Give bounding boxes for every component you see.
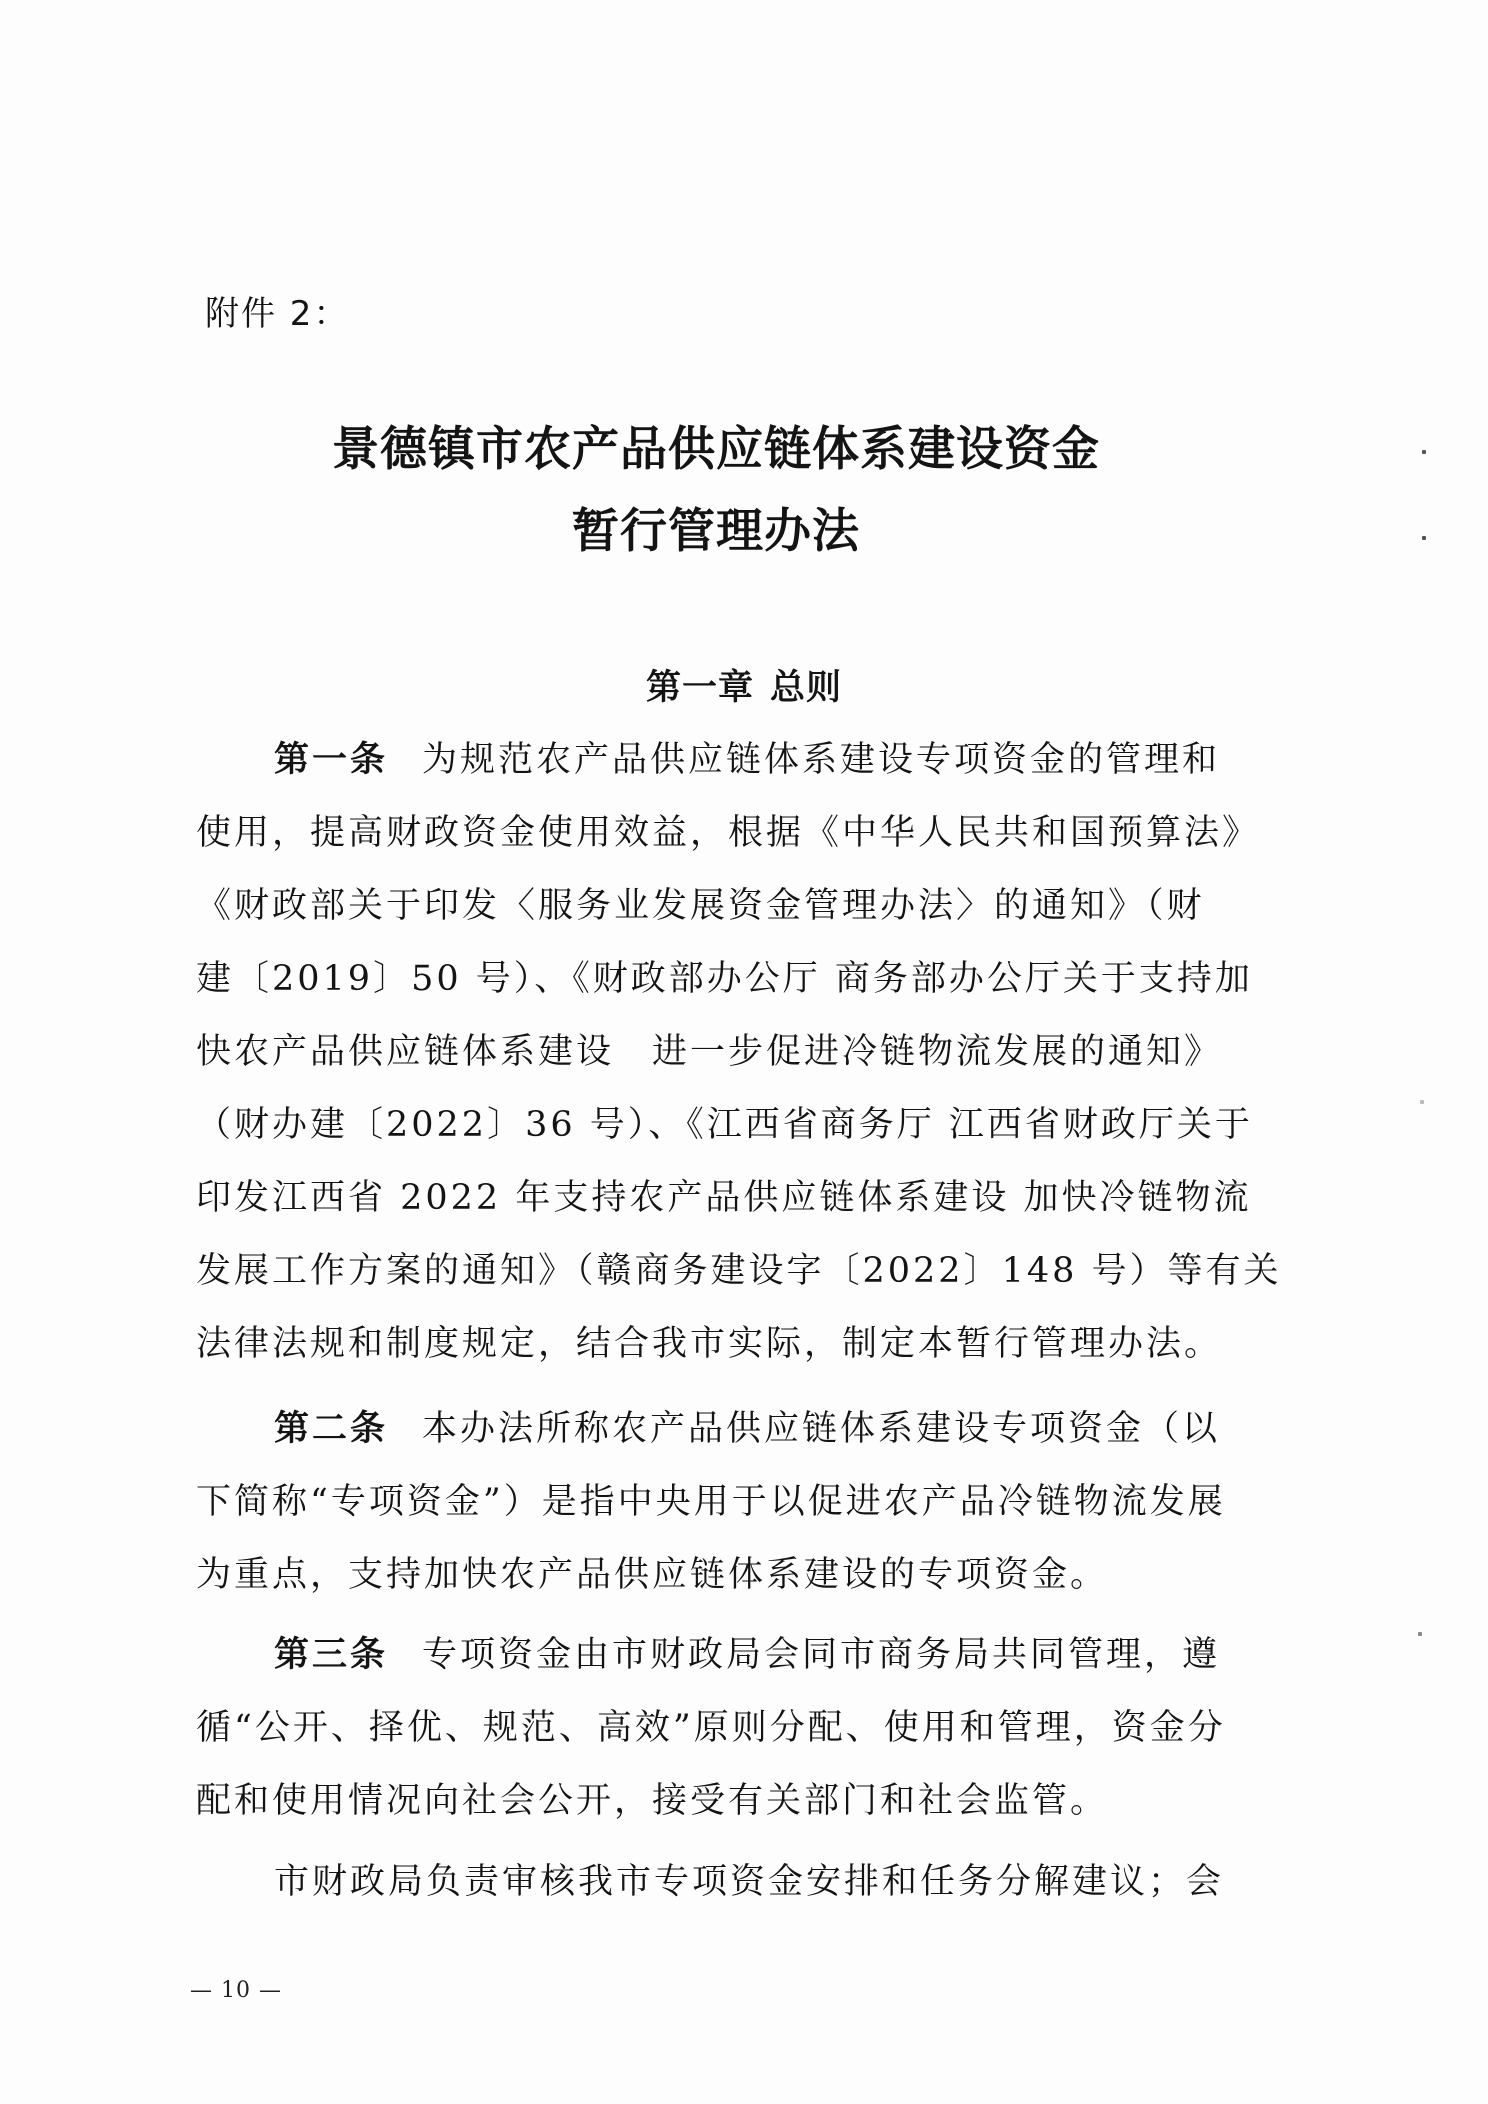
article-1: 第一条为规范农产品供应链体系建设专项资金的管理和 使用，提高财政资金使用效益，根… — [196, 724, 1296, 1381]
article-3: 第三条专项资金由市财政局会同市商务局共同管理，遵 循“公开、择优、规范、高效”原… — [196, 1619, 1296, 1838]
article-line: 下简称“专项资金”）是指中央用于以促进农产品冷链物流发展 — [196, 1466, 1296, 1539]
chapter-heading: 第一章总则 — [0, 660, 1488, 710]
chapter-name: 总则 — [770, 668, 842, 708]
article-line: 法律法规和制度规定，结合我市实际，制定本暂行管理办法。 — [196, 1308, 1296, 1381]
scan-speck — [1422, 536, 1426, 540]
article-line: 第三条专项资金由市财政局会同市商务局共同管理，遵 — [196, 1619, 1296, 1692]
document-page: 附件 2： 景德镇市农产品供应链体系建设资金 暂行管理办法 第一章总则 第一条为… — [0, 0, 1488, 2104]
continued-paragraph: 市财政局负责审核我市专项资金安排和任务分解建议；会 — [196, 1846, 1296, 1919]
article-heading: 第二条 — [274, 1409, 388, 1449]
article-2: 第二条本办法所称农产品供应链体系建设专项资金（以 下简称“专项资金”）是指中央用… — [196, 1393, 1296, 1612]
article-line: 循“公开、择优、规范、高效”原则分配、使用和管理，资金分 — [196, 1692, 1296, 1765]
paragraph-line: 市财政局负责审核我市专项资金安排和任务分解建议；会 — [196, 1846, 1296, 1919]
chapter-number: 第一章 — [646, 668, 754, 708]
article-line: 《财政部关于印发〈服务业发展资金管理办法〉的通知》（财 — [196, 870, 1296, 943]
article-line: 为重点，支持加快农产品供应链体系建设的专项资金。 — [196, 1539, 1296, 1612]
article-line: 建〔2019〕50 号）、《财政部办公厅 商务部办公厅关于支持加 — [196, 943, 1296, 1016]
article-line: 使用，提高财政资金使用效益，根据《中华人民共和国预算法》 — [196, 797, 1296, 870]
scan-speck — [1420, 1100, 1424, 1104]
article-heading: 第一条 — [274, 740, 388, 780]
document-title-line-2: 暂行管理办法 — [0, 502, 1460, 562]
article-line: 第二条本办法所称农产品供应链体系建设专项资金（以 — [196, 1393, 1296, 1466]
scan-speck — [1418, 1632, 1422, 1636]
page-number: — 10 — — [190, 1978, 282, 2003]
scan-speck — [1422, 450, 1426, 454]
article-line: 配和使用情况向社会公开，接受有关部门和社会监管。 — [196, 1765, 1296, 1838]
document-title-line-1: 景德镇市农产品供应链体系建设资金 — [0, 420, 1460, 480]
article-line: （财办建〔2022〕36 号）、《江西省商务厅 江西省财政厅关于 — [196, 1089, 1296, 1162]
attachment-label: 附件 2： — [205, 286, 349, 335]
article-heading: 第三条 — [274, 1635, 388, 1675]
article-line: 发展工作方案的通知》（赣商务建设字〔2022〕148 号）等有关 — [196, 1235, 1296, 1308]
article-line: 快农产品供应链体系建设 进一步促进冷链物流发展的通知》 — [196, 1016, 1296, 1089]
article-line: 第一条为规范农产品供应链体系建设专项资金的管理和 — [196, 724, 1296, 797]
article-line: 印发江西省 2022 年支持农产品供应链体系建设 加快冷链物流 — [196, 1162, 1296, 1235]
